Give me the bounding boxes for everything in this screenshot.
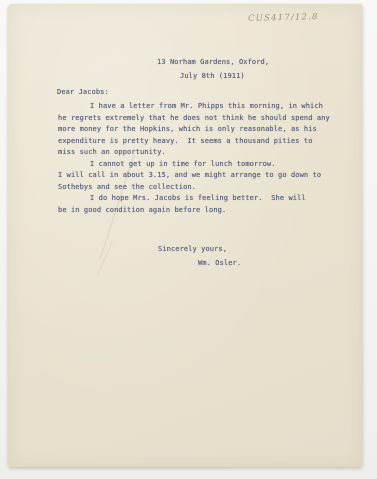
letter-body: I have a letter from Mr. Phipps this mor… xyxy=(58,101,344,216)
scanned-letter: CUS417/12.8 13 Norham Gardens, Oxford, J… xyxy=(0,0,377,479)
letter-line: I cannot get up in time for lunch tomorr… xyxy=(58,159,344,171)
paper: CUS417/12.8 13 Norham Gardens, Oxford, J… xyxy=(8,4,362,467)
salutation: Dear Jacobs: xyxy=(57,88,109,96)
letter-line: miss such an opportunity. xyxy=(58,147,344,159)
handwritten-annotation: CUS417/12.8 xyxy=(248,12,319,24)
address-line: 13 Norham Gardens, Oxford, xyxy=(157,58,269,66)
letter-line: more money for the Hopkins, which is onl… xyxy=(58,124,344,136)
closing: Sincerely yours, xyxy=(158,245,227,253)
letter-line: I have a letter from Mr. Phipps this mor… xyxy=(58,101,344,113)
letter-line: I will call in about 3.15, and we might … xyxy=(58,170,344,182)
letter-line: I do hope Mrs. Jacobs is feeling better.… xyxy=(58,193,344,205)
letter-line: he regrets extremely that he does not th… xyxy=(58,113,344,125)
letter-line: expenditure is pretty heavy. It seems a … xyxy=(58,136,344,148)
letter-line: be in good condition again before long. xyxy=(58,205,344,217)
letter-line: Sothebys and see the collection. xyxy=(58,182,344,194)
date-line: July 8th (1911) xyxy=(180,72,245,80)
signature: Wm. Osler. xyxy=(198,259,241,267)
paper-crease xyxy=(97,241,113,275)
